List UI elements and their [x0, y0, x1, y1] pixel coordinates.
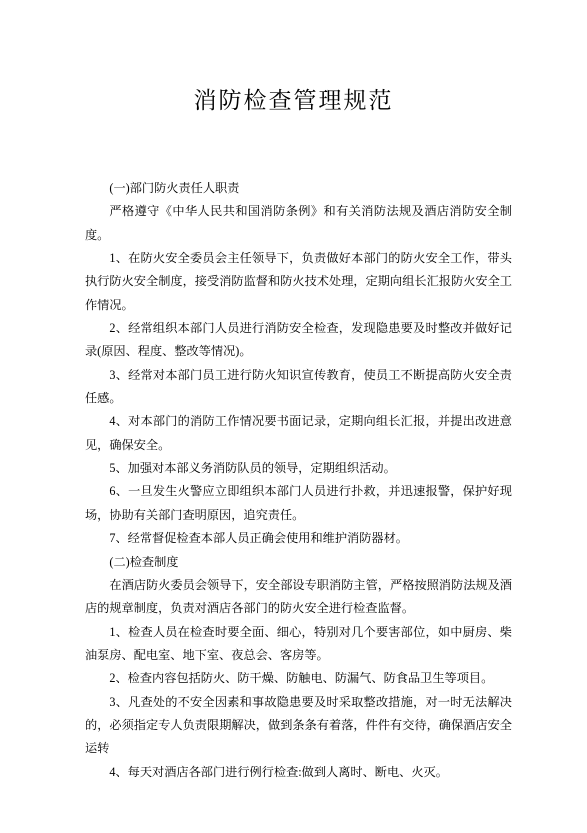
paragraph: 在酒店防火委员会领导下，安全部设专职消防主管，严格按照消防法规及酒店的规章制度，…: [85, 574, 512, 621]
list-item: 3、经常对本部门员工进行防火知识宣传教育，使员工不断提高防火安全责任感。: [85, 364, 512, 411]
list-item: 2、检查内容包括防火、防干燥、防触电、防漏气、防食品卫生等项目。: [85, 667, 512, 690]
list-item: 4、对本部门的消防工作情况要书面记录，定期向组长汇报，并提出改进意见，确保安全。: [85, 410, 512, 457]
section-heading: (一)部门防火责任人职责: [85, 177, 512, 200]
list-item: 4、每天对酒店各部门进行例行检查:做到人离时、断电、火灭。: [85, 761, 512, 784]
paragraph: 严格遵守《中华人民共和国消防条例》和有关消防法规及酒店消防安全制度。: [85, 200, 512, 247]
document-page: 消防检查管理规范 (一)部门防火责任人职责 严格遵守《中华人民共和国消防条例》和…: [0, 0, 587, 833]
list-item: 2、经常组织本部门人员进行消防安全检查，发现隐患要及时整改并做好记录(原因、程度…: [85, 317, 512, 364]
list-item: 1、在防火安全委员会主任领导下，负责做好本部门的防火安全工作，带头执行防火安全制…: [85, 247, 512, 317]
list-item: 7、经常督促检查本部人员正确会使用和维护消防器材。: [85, 527, 512, 550]
list-item: 5、加强对本部义务消防队员的领导，定期组织活动。: [85, 457, 512, 480]
document-body: (一)部门防火责任人职责 严格遵守《中华人民共和国消防条例》和有关消防法规及酒店…: [85, 177, 512, 784]
document-title: 消防检查管理规范: [0, 86, 587, 116]
section-heading: (二)检查制度: [85, 551, 512, 574]
list-item: 1、检查人员在检查时要全面、细心，特别对几个要害部位，如中厨房、柴油泵房、配电室…: [85, 621, 512, 668]
list-item: 6、一旦发生火警应立即组织本部门人员进行扑救，并迅速报警，保护好现场，协助有关部…: [85, 480, 512, 527]
list-item: 3、凡查处的不安全因素和事故隐患要及时采取整改措施，对一时无法解决的，必须指定专…: [85, 691, 512, 761]
